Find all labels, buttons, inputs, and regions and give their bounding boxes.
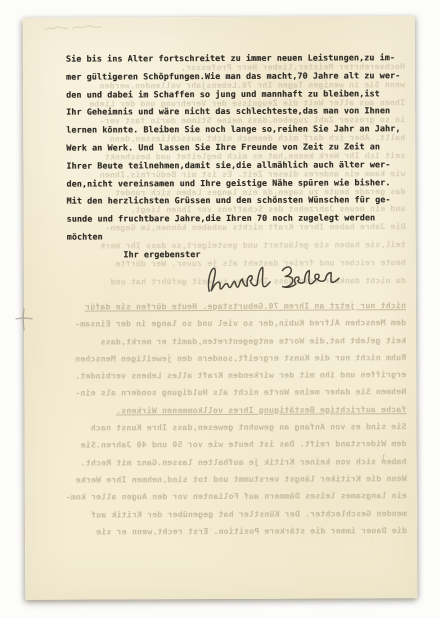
bleedthrough-line: menden Geschlechter. Der Künstler hat ge…: [61, 505, 407, 524]
bleedthrough-line: Wenn die Kritiker längst verstummt und t…: [61, 470, 407, 489]
letter-line: Ihr Geheimnis und wäre nicht das schlech…: [66, 103, 412, 122]
letter-line: den,nicht vereinsamen und Ihre geistige …: [66, 174, 412, 193]
letter-line: Ihrer Beute teilnehmen,damit sie,die all…: [66, 156, 412, 175]
bleedthrough-line: Ruhm nicht nur die Kunst ergreift,sonder…: [60, 349, 406, 368]
bleedthrough-line: die Dauer immer die stärkere Position. E…: [61, 522, 407, 541]
bleedthrough-line: Nehmen Sie daher meine Worte nicht als H…: [60, 384, 406, 403]
pencil-mark: [41, 19, 111, 35]
letter-line: sunde und fruchtbare Jahre,die Ihren 70 …: [67, 209, 413, 228]
scan-background: Hochverehrter Meister,lieber Herr Profes…: [0, 0, 440, 618]
bleedthrough-lower: nicht nur jetzt an Ihrem 70.Geburtstage.…: [60, 297, 407, 541]
letter-page: Hochverehrter Meister,lieber Herr Profes…: [23, 16, 418, 600]
letter-line: Sie bis ins Alter fortschreitet zu immer…: [66, 49, 412, 68]
letter-line: den und dabei im Schaffen so jung und ma…: [66, 85, 412, 104]
bleedthrough-line: dem Menschen Alfred Kubin,der so viel un…: [60, 314, 406, 333]
signature: [201, 255, 351, 305]
bleedthrough-line: keit gelebt hat,die Worte entgegentreten…: [60, 332, 406, 351]
letter-line: möchten: [67, 227, 413, 246]
bleedthrough-line: haben sich von keiner Kritik je aufhalte…: [61, 453, 407, 472]
letter-line: lernen könnte. Bleiben Sie noch lange so…: [66, 120, 412, 139]
letter-body: Sie bis ins Alter fortschreitet zu immer…: [66, 49, 413, 264]
letter-line: mer gültigeren Schöpfungen.Wie man das m…: [66, 67, 412, 86]
bleedthrough-line: dem Widerstand reift. Das ist heute wie …: [61, 436, 407, 455]
bleedthrough-line: Sie sind es von Anfang an gewohnt gewese…: [60, 418, 406, 437]
signature-name: Heinrich Becker: [23, 18, 24, 19]
margin-cross-mark: [12, 306, 36, 332]
bleedthrough-line: ein langsames leises Dämmern auf Foliant…: [61, 487, 407, 506]
bleedthrough-line: ergriffen und ihn mit der wirkenden Kraf…: [60, 366, 406, 385]
letter-line: Werk an Werk. Und lassen Sie Ihre Freund…: [66, 138, 412, 157]
bleedthrough-line: fache aufrichtige Bestätigung Ihres voll…: [60, 401, 406, 420]
letter-line: Mit den herzlichsten Grüssen und den sch…: [66, 192, 412, 211]
